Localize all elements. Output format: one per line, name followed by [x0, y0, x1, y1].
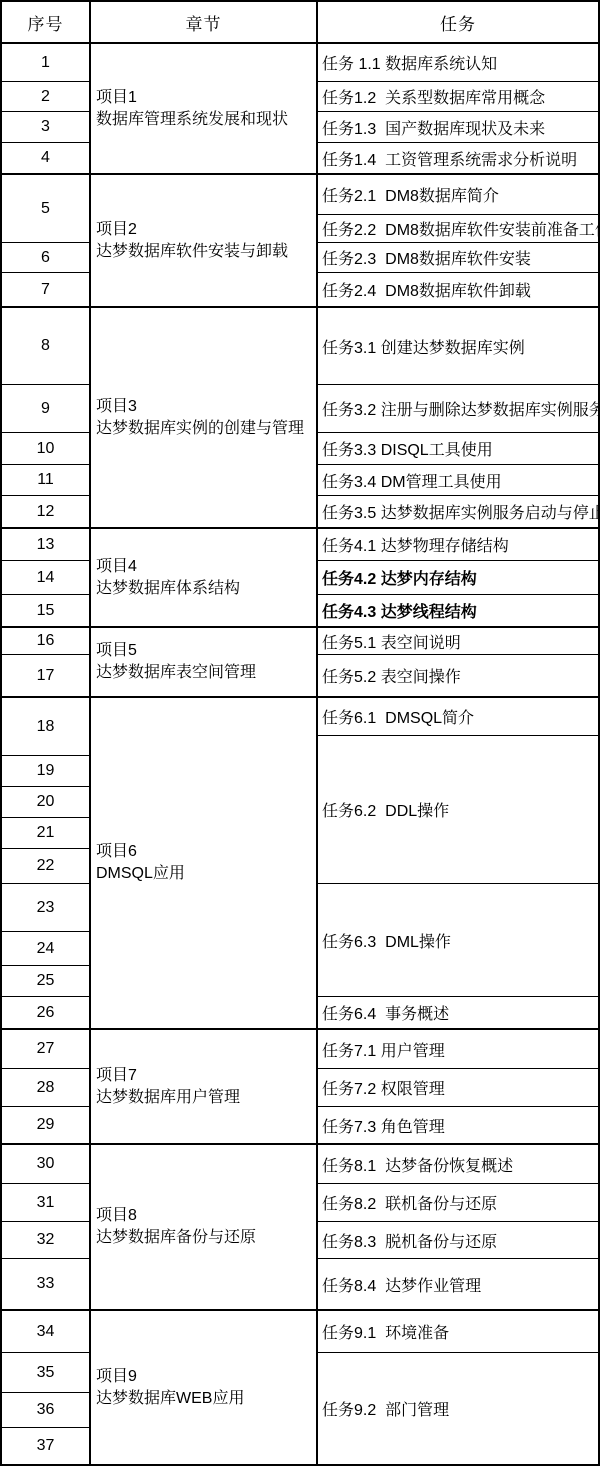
task-label: 任务2.2 DM8数据库软件安装前准备工作 — [322, 217, 600, 240]
task-cell: 任务3.4 DM管理工具使用 — [318, 465, 600, 496]
chapter-cell: 项目7达梦数据库用户管理 — [91, 1030, 318, 1143]
task-cell: 任务3.3 DISQL工具使用 — [318, 433, 600, 465]
row-number-cell: 2 — [2, 82, 89, 112]
tasks-column: 任务3.1 创建达梦数据库实例任务3.2 注册与删除达梦数据库实例服务任务3.3… — [318, 308, 600, 527]
task-cell: 任务2.4 DM8数据库软件卸载 — [318, 273, 600, 306]
row-number-cell: 10 — [2, 433, 89, 465]
section-project-1: 1234项目1数据库管理系统发展和现状任务 1.1 数据库系统认知任务1.2 关… — [2, 44, 598, 175]
project-label: 项目2 — [96, 219, 313, 241]
task-cell: 任务3.2 注册与删除达梦数据库实例服务 — [318, 385, 600, 433]
row-number-cell: 26 — [2, 997, 89, 1028]
row-number-cell: 16 — [2, 628, 89, 655]
row-number-cell: 5 — [2, 175, 89, 243]
row-number-cell: 4 — [2, 143, 89, 173]
project-label: 项目8 — [96, 1205, 313, 1227]
tasks-column: 任务 1.1 数据库系统认知任务1.2 关系型数据库常用概念任务1.3 国产数据… — [318, 44, 598, 173]
task-cell: 任务8.2 联机备份与还原 — [318, 1184, 598, 1222]
row-number-cell: 29 — [2, 1107, 89, 1143]
section-project-9: 34353637项目9达梦数据库WEB应用任务9.1 环境准备任务9.2 部门管… — [2, 1311, 598, 1464]
row-number-cell: 1 — [2, 44, 89, 82]
task-label: 任务7.1 用户管理 — [322, 1038, 445, 1061]
row-number-cell: 11 — [2, 465, 89, 496]
chapter-title: 达梦数据库体系结构 — [96, 578, 313, 600]
task-cell: 任务2.3 DM8数据库软件安装 — [318, 243, 600, 273]
row-number-cell: 6 — [2, 243, 89, 273]
numbers-column: 1617 — [2, 628, 91, 696]
task-label: 任务3.5 达梦数据库实例服务启动与停止 — [322, 500, 600, 523]
task-label: 任务8.4 达梦作业管理 — [322, 1273, 481, 1296]
task-label: 任务1.2 关系型数据库常用概念 — [322, 85, 545, 108]
chapter-title: DMSQL应用 — [96, 863, 313, 885]
row-number-cell: 25 — [2, 966, 89, 997]
task-label: 任务8.1 达梦备份恢复概述 — [322, 1153, 513, 1176]
chapter-cell: 项目8达梦数据库备份与还原 — [91, 1145, 318, 1309]
tasks-column: 任务8.1 达梦备份恢复概述任务8.2 联机备份与还原任务8.3 脱机备份与还原… — [318, 1145, 598, 1309]
row-number-cell: 24 — [2, 932, 89, 966]
row-number-cell: 18 — [2, 698, 89, 756]
column-header-task: 任务 — [318, 2, 598, 42]
task-cell: 任务1.4 工资管理系统需求分析说明 — [318, 143, 598, 173]
task-label: 任务6.2 DDL操作 — [322, 798, 449, 821]
task-label: 任务5.2 表空间操作 — [322, 664, 461, 687]
project-label: 项目5 — [96, 640, 313, 662]
task-label: 任务7.2 权限管理 — [322, 1076, 445, 1099]
task-cell: 任务7.2 权限管理 — [318, 1069, 598, 1107]
course-outline-table: 序号 章节 任务 1234项目1数据库管理系统发展和现状任务 1.1 数据库系统… — [0, 0, 600, 1466]
section-project-2: 567项目2达梦数据库软件安装与卸载任务2.1 DM8数据库简介任务2.2 DM… — [2, 175, 598, 308]
row-number-cell: 35 — [2, 1353, 89, 1393]
task-label: 任务2.4 DM8数据库软件卸载 — [322, 278, 531, 301]
project-label: 项目3 — [96, 396, 313, 418]
task-label: 任务2.1 DM8数据库简介 — [322, 183, 499, 206]
project-label: 项目9 — [96, 1366, 313, 1388]
task-cell: 任务9.1 环境准备 — [318, 1311, 598, 1353]
task-label: 任务6.3 DML操作 — [322, 929, 451, 952]
task-label: 任务5.1 表空间说明 — [322, 630, 461, 653]
task-label: 任务6.4 事务概述 — [322, 1001, 449, 1024]
chapter-title: 达梦数据库软件安装与卸载 — [96, 241, 313, 263]
chapter-cell: 项目3达梦数据库实例的创建与管理 — [91, 308, 318, 527]
task-cell: 任务1.3 国产数据库现状及未来 — [318, 112, 598, 143]
task-label: 任务9.2 部门管理 — [322, 1397, 449, 1420]
task-cell: 任务3.5 达梦数据库实例服务启动与停止 — [318, 496, 600, 527]
column-header-chapter: 章节 — [91, 2, 318, 42]
task-label: 任务3.2 注册与删除达梦数据库实例服务 — [322, 397, 600, 420]
row-number-cell: 14 — [2, 561, 89, 595]
row-number-cell: 9 — [2, 385, 89, 433]
tasks-column: 任务2.1 DM8数据库简介任务2.2 DM8数据库软件安装前准备工作任务2.3… — [318, 175, 600, 306]
tasks-column: 任务6.1 DMSQL简介任务6.2 DDL操作任务6.3 DML操作任务6.4… — [318, 698, 598, 1028]
chapter-cell: 项目6DMSQL应用 — [91, 698, 318, 1028]
row-number-cell: 7 — [2, 273, 89, 306]
task-cell: 任务5.1 表空间说明 — [318, 628, 598, 655]
row-number-cell: 30 — [2, 1145, 89, 1184]
row-number-cell: 19 — [2, 756, 89, 787]
task-cell: 任务7.3 角色管理 — [318, 1107, 598, 1143]
project-label: 项目6 — [96, 841, 313, 863]
row-number-cell: 21 — [2, 818, 89, 849]
numbers-column: 89101112 — [2, 308, 91, 527]
chapter-title: 达梦数据库表空间管理 — [96, 662, 313, 684]
chapter-title: 达梦数据库备份与还原 — [96, 1227, 313, 1249]
tasks-column: 任务9.1 环境准备任务9.2 部门管理 — [318, 1311, 598, 1464]
numbers-column: 131415 — [2, 529, 91, 626]
task-label: 任务8.3 脱机备份与还原 — [322, 1229, 497, 1252]
row-number-cell: 13 — [2, 529, 89, 561]
tasks-column: 任务4.1 达梦物理存储结构任务4.2 达梦内存结构任务4.3 达梦线程结构 — [318, 529, 598, 626]
task-cell: 任务9.2 部门管理 — [318, 1353, 598, 1464]
section-project-5: 1617项目5达梦数据库表空间管理任务5.1 表空间说明任务5.2 表空间操作 — [2, 628, 598, 698]
chapter-cell: 项目1数据库管理系统发展和现状 — [91, 44, 318, 173]
section-project-8: 30313233项目8达梦数据库备份与还原任务8.1 达梦备份恢复概述任务8.2… — [2, 1145, 598, 1311]
task-label: 任务 1.1 数据库系统认知 — [322, 51, 497, 74]
section-project-4: 131415项目4达梦数据库体系结构任务4.1 达梦物理存储结构任务4.2 达梦… — [2, 529, 598, 628]
row-number-cell: 22 — [2, 849, 89, 884]
numbers-column: 1234 — [2, 44, 91, 173]
row-number-cell: 17 — [2, 655, 89, 696]
numbers-column: 34353637 — [2, 1311, 91, 1464]
tasks-column: 任务5.1 表空间说明任务5.2 表空间操作 — [318, 628, 598, 696]
numbers-column: 30313233 — [2, 1145, 91, 1309]
row-number-cell: 23 — [2, 884, 89, 932]
task-label: 任务1.3 国产数据库现状及未来 — [322, 116, 545, 139]
row-number-cell: 8 — [2, 308, 89, 385]
project-label: 项目7 — [96, 1065, 313, 1087]
chapter-cell: 项目2达梦数据库软件安装与卸载 — [91, 175, 318, 306]
task-cell: 任务8.4 达梦作业管理 — [318, 1259, 598, 1309]
task-cell: 任务8.3 脱机备份与还原 — [318, 1222, 598, 1259]
task-label: 任务9.1 环境准备 — [322, 1320, 449, 1343]
section-project-7: 272829项目7达梦数据库用户管理任务7.1 用户管理任务7.2 权限管理任务… — [2, 1030, 598, 1145]
task-cell: 任务2.2 DM8数据库软件安装前准备工作 — [318, 215, 600, 243]
section-project-3: 89101112项目3达梦数据库实例的创建与管理任务3.1 创建达梦数据库实例任… — [2, 308, 598, 529]
chapter-cell: 项目5达梦数据库表空间管理 — [91, 628, 318, 696]
task-cell: 任务 1.1 数据库系统认知 — [318, 44, 598, 82]
row-number-cell: 33 — [2, 1259, 89, 1309]
project-label: 项目1 — [96, 87, 313, 109]
row-number-cell: 37 — [2, 1428, 89, 1464]
task-label: 任务4.2 达梦内存结构 — [322, 566, 477, 589]
chapter-cell: 项目9达梦数据库WEB应用 — [91, 1311, 318, 1464]
header-row: 序号 章节 任务 — [2, 2, 598, 44]
task-label: 任务4.3 达梦线程结构 — [322, 599, 477, 622]
task-label: 任务3.3 DISQL工具使用 — [322, 437, 493, 460]
task-cell: 任务7.1 用户管理 — [318, 1030, 598, 1069]
task-cell: 任务5.2 表空间操作 — [318, 655, 598, 696]
task-cell: 任务8.1 达梦备份恢复概述 — [318, 1145, 598, 1184]
numbers-column: 181920212223242526 — [2, 698, 91, 1028]
section-project-6: 181920212223242526项目6DMSQL应用任务6.1 DMSQL简… — [2, 698, 598, 1030]
task-cell: 任务1.2 关系型数据库常用概念 — [318, 82, 598, 112]
task-cell: 任务4.1 达梦物理存储结构 — [318, 529, 598, 561]
row-number-cell: 3 — [2, 112, 89, 143]
task-label: 任务3.1 创建达梦数据库实例 — [322, 335, 525, 358]
chapter-title: 达梦数据库实例的创建与管理 — [96, 418, 313, 440]
tasks-column: 任务7.1 用户管理任务7.2 权限管理任务7.3 角色管理 — [318, 1030, 598, 1143]
task-label: 任务7.3 角色管理 — [322, 1114, 445, 1137]
row-number-cell: 20 — [2, 787, 89, 818]
task-cell: 任务3.1 创建达梦数据库实例 — [318, 308, 600, 385]
row-number-cell: 15 — [2, 595, 89, 626]
numbers-column: 272829 — [2, 1030, 91, 1143]
chapter-title: 达梦数据库WEB应用 — [96, 1388, 313, 1410]
task-cell: 任务2.1 DM8数据库简介 — [318, 175, 600, 215]
row-number-cell: 12 — [2, 496, 89, 527]
task-label: 任务1.4 工资管理系统需求分析说明 — [322, 147, 577, 170]
table-body: 1234项目1数据库管理系统发展和现状任务 1.1 数据库系统认知任务1.2 关… — [2, 44, 598, 1464]
numbers-column: 567 — [2, 175, 91, 306]
task-cell: 任务6.1 DMSQL简介 — [318, 698, 598, 736]
row-number-cell: 36 — [2, 1393, 89, 1428]
row-number-cell: 28 — [2, 1069, 89, 1107]
task-label: 任务8.2 联机备份与还原 — [322, 1191, 497, 1214]
task-label: 任务2.3 DM8数据库软件安装 — [322, 246, 531, 269]
task-cell: 任务6.3 DML操作 — [318, 884, 598, 997]
row-number-cell: 34 — [2, 1311, 89, 1353]
task-cell: 任务6.4 事务概述 — [318, 997, 598, 1028]
task-cell: 任务6.2 DDL操作 — [318, 736, 598, 884]
chapter-title: 达梦数据库用户管理 — [96, 1087, 313, 1109]
row-number-cell: 32 — [2, 1222, 89, 1259]
task-cell: 任务4.3 达梦线程结构 — [318, 595, 598, 626]
task-label: 任务4.1 达梦物理存储结构 — [322, 533, 509, 556]
task-cell: 任务4.2 达梦内存结构 — [318, 561, 598, 595]
task-label: 任务6.1 DMSQL简介 — [322, 705, 474, 728]
project-label: 项目4 — [96, 556, 313, 578]
row-number-cell: 31 — [2, 1184, 89, 1222]
task-label: 任务3.4 DM管理工具使用 — [322, 469, 502, 492]
row-number-cell: 27 — [2, 1030, 89, 1069]
column-header-no: 序号 — [2, 2, 91, 42]
chapter-cell: 项目4达梦数据库体系结构 — [91, 529, 318, 626]
chapter-title: 数据库管理系统发展和现状 — [96, 109, 313, 131]
